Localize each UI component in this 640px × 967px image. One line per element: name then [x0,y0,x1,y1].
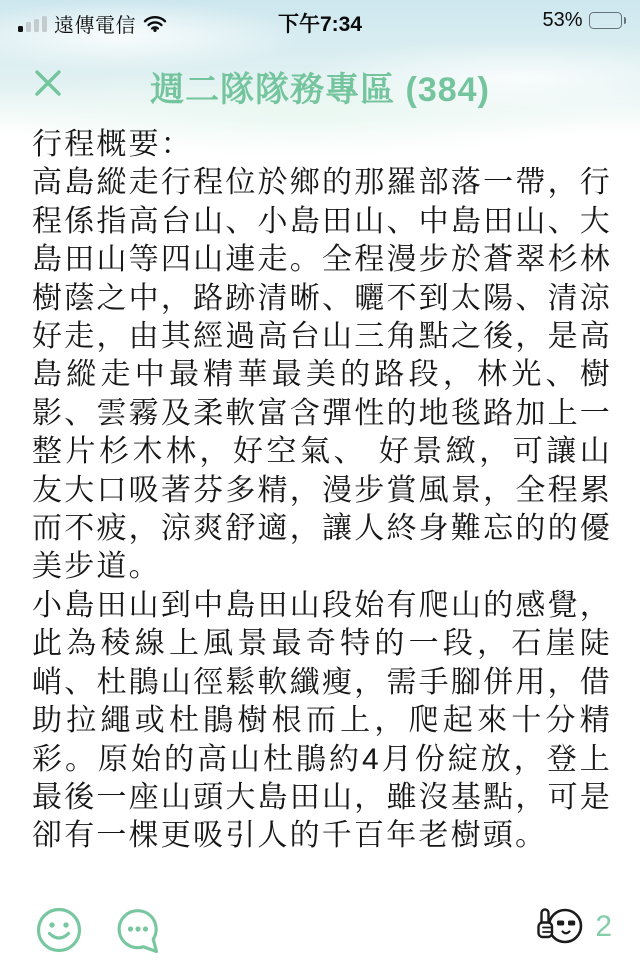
page-title: 週二隊隊務專區 (384) [0,62,640,111]
note-body: 行程概要： 高島縱走行程位於鄉的那羅部落一帶，行程係指高台山、小島田山、中島田山… [32,126,612,856]
battery-icon [589,12,622,29]
like-summary[interactable]: 2 [535,906,612,948]
reaction-buttons [35,906,163,954]
note-header: 週二隊隊務專區 (384) [0,44,640,120]
thumbs-up-character-icon [535,906,585,948]
note-paragraph: 高島縱走行程位於鄉的那羅部落一帶，行程係指高台山、小島田山、中島田山、大島田山等… [32,164,612,586]
note-paragraph: 行程概要： [32,126,612,164]
reaction-count: 2 [595,910,612,944]
note-paragraph: 小島田山到中島田山段始有爬山的感覺，此為稜線上風景最奇特的一段，石崖陡峭、杜鵑山… [32,587,612,856]
comment-button[interactable] [115,906,163,954]
smiley-icon [35,906,83,954]
status-right: 53% [542,9,626,32]
reaction-bar: 2 [0,901,640,967]
battery-nub [624,17,627,24]
comment-bubble-icon [115,906,163,954]
emoji-reaction-button[interactable] [35,906,83,954]
battery-percent-label: 53% [542,9,582,32]
line-note-screen: 遠傳電信 下午7:34 53% 週二隊隊務專 [0,0,640,967]
status-bar: 遠傳電信 下午7:34 53% [0,0,640,44]
